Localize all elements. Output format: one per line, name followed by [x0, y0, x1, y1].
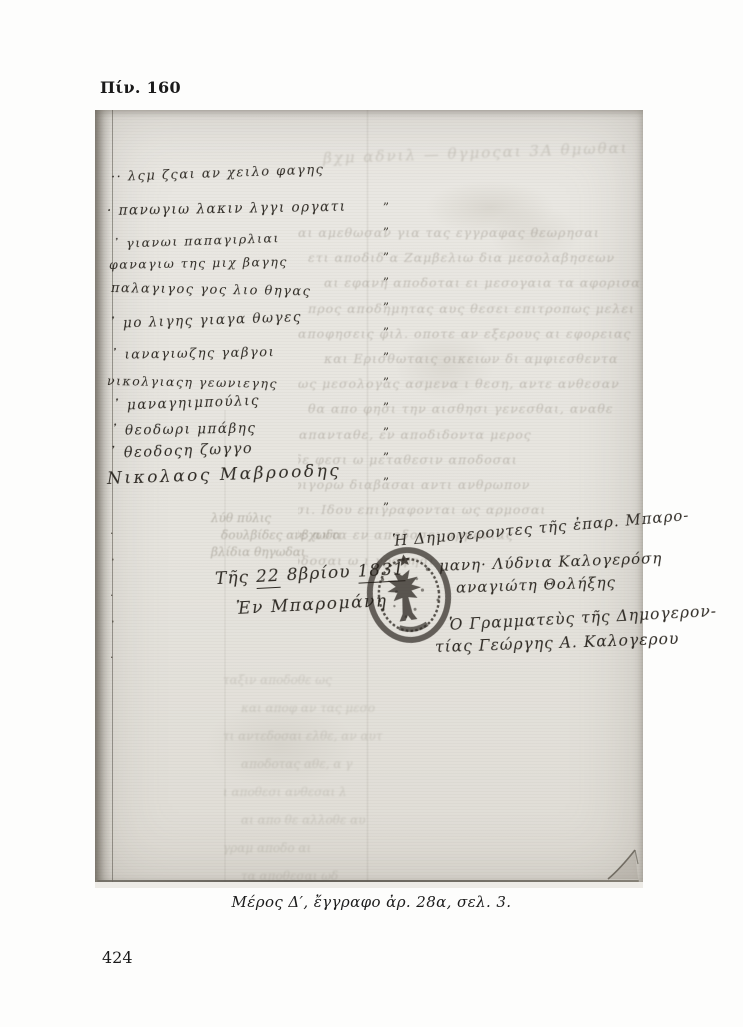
signature: ᾽ μο λιγης γιαγα θωγες: [109, 309, 303, 332]
bleedthrough-line: ταξιν αποδοθε ως: [223, 666, 383, 694]
closing-line: τίας Γεώργης Α. Καλογερου: [435, 630, 680, 657]
page-edge-line: [97, 880, 639, 882]
margin-mark: ·: [110, 652, 116, 663]
date-prefix: Τῆς: [215, 567, 250, 589]
bleedthrough-line: γραμ αποδο αι: [223, 834, 383, 862]
margin-mark: ·: [110, 528, 116, 539]
gutter-edge-line: [112, 110, 113, 888]
date-month: 8βρίου: [286, 562, 351, 585]
bleedthrough-text-block: αι αμεθωσαν για τας εγγραφας θεωρησαιετι…: [298, 220, 640, 573]
manuscript-scan: βχμ αδνιλ — θγμοςαι 3Α θμωθαι ·· λςμ ζςα…: [95, 110, 643, 888]
folded-corner: [604, 839, 640, 881]
caption: Μέρος Δ′, ἔγγραφο ἀρ. 28α, σελ. 3.: [0, 893, 743, 911]
page-edge-soft: [95, 882, 643, 888]
signature: ᾽ μαναγηιμπούλις: [113, 393, 261, 414]
bleedthrough-line: λύθ πύλις: [211, 510, 341, 527]
date-day: 22: [256, 566, 281, 589]
bleedthrough-line: αι αμεθωσαν για τας εγγραφας θεωρησαι: [298, 220, 640, 245]
signature: ᾽ θεοδωρι μπάβης: [111, 420, 257, 439]
bleedthrough-line: θα απο φησι την αισθησι γενεσθαι, αναθε: [308, 396, 640, 421]
bleedthrough-line: ετι αποδιδ α Ζαμβελιω δια μεσολαβησεων: [308, 245, 640, 270]
closing-line: Ὁ Γραμματεὺς τῆς Δημογερον-: [449, 602, 718, 634]
closing-line: αναγιώτη Θολήξης: [456, 573, 617, 597]
bleedthrough-line: προς αποδημητας αυς θεσει επιτροπως μελε…: [308, 296, 640, 321]
bleedthrough-left-block: λύθ πύλιςδουλβίδες ανβχωδαβλίδια θηγωδαι: [211, 510, 341, 561]
gutter-shadow: [95, 110, 111, 888]
bleedthrough-line: αποφησεις φιλ. οποτε αν εξερους αι εφορε…: [298, 321, 640, 346]
book-page: Πίν. 160 βχμ αδνιλ — θγμοςαι 3Α θμωθαι ·…: [0, 0, 743, 1027]
bleedthrough-line: αι απο θε αλλοθε αυ: [241, 806, 383, 834]
bleedthrough-line: Επειθα δε φεσι ω μεταθεσιν αποδοσαι: [298, 447, 640, 472]
bleedthrough-line: και Ερισθωταις οικειων δι αμφιεσθεντα: [324, 346, 640, 371]
signature: ·· λςμ ζςαι αν χειλο φαγης: [111, 163, 325, 185]
ditto-mark: „: [383, 194, 389, 206]
bleedthrough-line: αναφερθε αυτα εν αποδοσει αρμονιας: [298, 522, 640, 547]
bleedthrough-line: δουλβίδες ανβχωδα: [221, 527, 341, 544]
signature: ᾽ θεοδοςη ζωγγο: [109, 441, 254, 462]
signature: · πανωγιω λακιν λγγι οργατι: [107, 199, 347, 219]
margin-mark: ·: [110, 590, 116, 601]
signature: ᾽ ιαναγιωζης γαβγοι: [111, 345, 275, 363]
bleedthrough-line: φθασι. Ιδου επιγραφονται ως αρμοσαι: [298, 497, 640, 522]
bleedthrough-line: ι αποθεσι ανθεσαι λ: [223, 778, 383, 806]
signature: νικολγιαςη γεωνιεγης: [107, 373, 278, 391]
margin-marks: ·᾽·᾽·: [110, 528, 116, 663]
bleedthrough-line: αι εφανη αποδοται ει μεσογαια τα αφορισα…: [324, 270, 640, 295]
page-number: 424: [102, 948, 133, 967]
signature: ᾽ γιανωι παπαγιρλιαι: [113, 230, 280, 251]
bleedthrough-lower-block: ταξιν αποδοθε ωςκαι αποφ αν τας μεσοτι α…: [223, 666, 383, 890]
bleedthrough-line: ειτα αμφιγορω διαβασαι αντι ανθρωπον: [298, 472, 640, 497]
bleedthrough-line: αποδοτας αθε, α γ: [241, 750, 383, 778]
bleedthrough-line: ως μεσολογας ασμενα ι θεση, αντε ανθεσαν: [298, 371, 640, 396]
bleedthrough-line: και αποφ αν τας μεσο: [241, 694, 383, 722]
plate-label: Πίν. 160: [100, 78, 181, 97]
signature: παλαγιγος γος λιο θηγας: [111, 281, 312, 299]
margin-mark: ᾽: [110, 559, 116, 570]
signature: φαναγιω της μιχ βαγης: [109, 254, 288, 272]
bleedthrough-line: βλίδια θηγωδαι: [211, 544, 341, 561]
bleedthrough-line: αθε τας απανταθε, εν αποδιδοντα μερος: [298, 422, 640, 447]
bleedthrough-line: τι αντεδοσαι ελθε, αν αυτ: [223, 722, 383, 750]
margin-mark: ᾽: [110, 621, 116, 632]
official-seal-stamp: [361, 541, 458, 650]
